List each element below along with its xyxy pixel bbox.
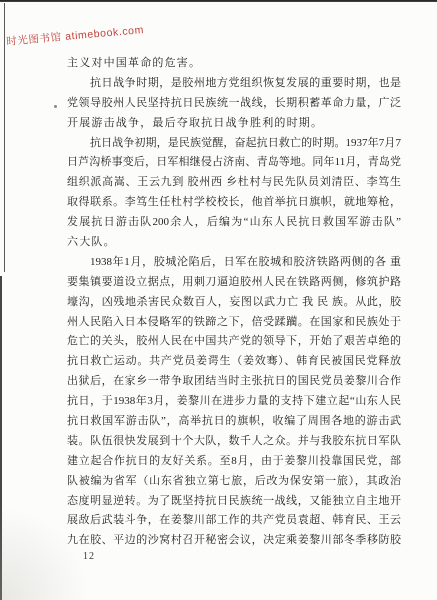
scan-top-edge — [0, 0, 437, 2]
text-line: 党领导胶州人民坚持抗日民族统一战线，长期积蓄革命力量，广泛 — [67, 94, 401, 114]
text-line: 危亡的关头，胶州人民在中国共产党的领导下，开始了艰苦卓绝的 — [67, 332, 401, 352]
page-number: 12 — [83, 551, 95, 562]
text-line: 抗日救国军游击队”，高举抗日的旗帜，收编了周围各地的游击武 — [67, 412, 401, 432]
text-line: 要集镇要道设立据点，用刺刀逼迫胶州人民在铁路两侧，修筑护路 — [67, 273, 401, 293]
ink-speck — [54, 105, 57, 108]
page-text-block: 主义对中国革命的危害。抗日战争时期，是胶州地方党组织恢复发展的重要时期，也是党领… — [67, 54, 401, 551]
scanned-book-page: 时光图书馆 atimebook.com 主义对中国革命的危害。抗日战争时期，是胶… — [0, 0, 437, 600]
text-line: 抗日救亡运动。共产党员姜谔生（姜效骞）、韩育民被国民党释放 — [67, 352, 401, 372]
text-line: 1938年1月，胶城沦陷后，日军在胶城和胶济铁路两侧的各 重 — [67, 253, 401, 273]
text-line: 态度明显逆转。为了既坚持抗日民族统一战线，又能独立自主地开 — [67, 492, 401, 512]
watermark-text: 时光图书馆 atimebook.com — [6, 22, 145, 49]
text-line: 壕沟，凶残地杀害民众数百人，妄图以武力亡 我 民 族。从此，胶 — [67, 293, 401, 313]
text-line: 日芦沟桥事变后，日军相继侵占济南、青岛等地。同年11月，青岛党 — [67, 153, 401, 173]
text-line: 装。队伍很快发展到十个大队，数千人之众。并与我胶东抗日军队 — [67, 432, 401, 452]
text-line: 主义对中国革命的危害。 — [67, 54, 401, 74]
scan-left-margin-line — [4, 3, 5, 272]
text-line: 队被编为省军（山东省独立第七旅，后改为保安第一旅），其政治 — [67, 472, 401, 492]
text-line: 开展游击战争，最后夺取抗日战争胜利的时期。 — [67, 114, 401, 134]
text-line: 抗日战争时期，是胶州地方党组织恢复发展的重要时期，也是 — [67, 74, 401, 94]
text-line: 抗日，于1938年3月，姜黎川在进步力量的支持下建立起“山东人民 — [67, 392, 401, 412]
text-line: 发展抗日游击队200余人，后编为“山东人民抗日救国军游击队” — [67, 213, 401, 233]
text-line: 展敌后武装斗争，在姜黎川部工作的共产党员袁超、韩育民、王云 — [67, 511, 401, 531]
text-line: 建立起合作抗日的友好关系。至8月，由于姜黎川投靠国民党，部 — [67, 452, 401, 472]
text-line: 组织派高嵩、王云九到 胶州西 乡杜村与民先队员刘清臣、李笃生 — [67, 173, 401, 193]
text-line: 六大队。 — [67, 233, 401, 253]
text-line: 取得联系。李笃生任杜村学校校长，他首举抗日旗帜，就地筹枪， — [67, 193, 401, 213]
text-line: 出狱后，在家乡一带争取团结当时主张抗日的国民党员姜黎川合作 — [67, 372, 401, 392]
text-line: 九在胶、平边的沙窝村召开秘密会议，决定乘姜黎川部冬季移防胶 — [67, 531, 401, 551]
text-line: 州人民陷入日本侵略军的铁蹄之下，倍受蹂躏。在国家和民族处于 — [67, 313, 401, 333]
scan-left-edge — [0, 276, 2, 600]
text-line: 抗日战争初期，是民族觉醒，奋起抗日救亡的时期。1937年7月7 — [67, 134, 401, 154]
